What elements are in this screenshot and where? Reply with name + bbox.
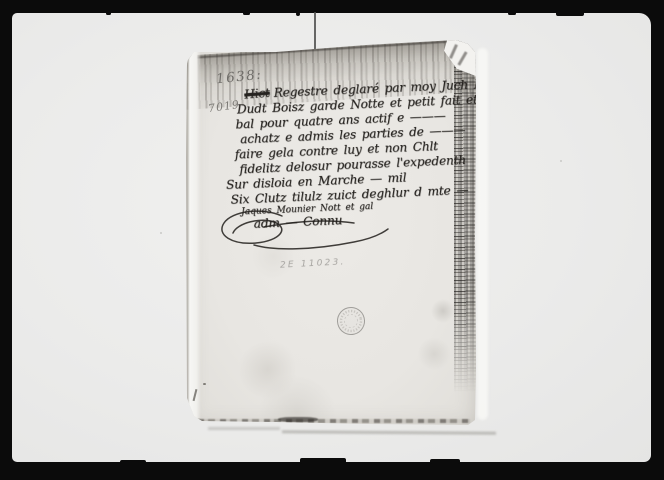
struck-word: Hict bbox=[244, 86, 271, 103]
pen-tick bbox=[203, 383, 206, 385]
film-speck bbox=[296, 12, 300, 16]
signature-paraph bbox=[204, 204, 396, 252]
film-speck bbox=[300, 458, 346, 464]
film-speck bbox=[430, 459, 460, 464]
pencil-reference: 2E 11023. bbox=[280, 257, 346, 270]
page-shadow bbox=[208, 427, 280, 430]
scanned-document-photo: 1638: 7019 HictRegestre deglaré par moy … bbox=[0, 0, 664, 480]
archive-stamp bbox=[330, 300, 371, 341]
film-speck bbox=[243, 12, 250, 15]
ink-blot bbox=[278, 417, 318, 422]
dust-speck bbox=[160, 232, 162, 234]
film-speck bbox=[120, 460, 146, 464]
page-edge-highlight bbox=[477, 48, 488, 420]
film-speck bbox=[508, 12, 516, 15]
film-speck bbox=[106, 12, 111, 15]
dust-speck bbox=[560, 160, 562, 162]
film-speck bbox=[556, 11, 584, 16]
manuscript-page: 1638: 7019 HictRegestre deglaré par moy … bbox=[186, 38, 478, 428]
page-left-edge bbox=[186, 52, 201, 418]
